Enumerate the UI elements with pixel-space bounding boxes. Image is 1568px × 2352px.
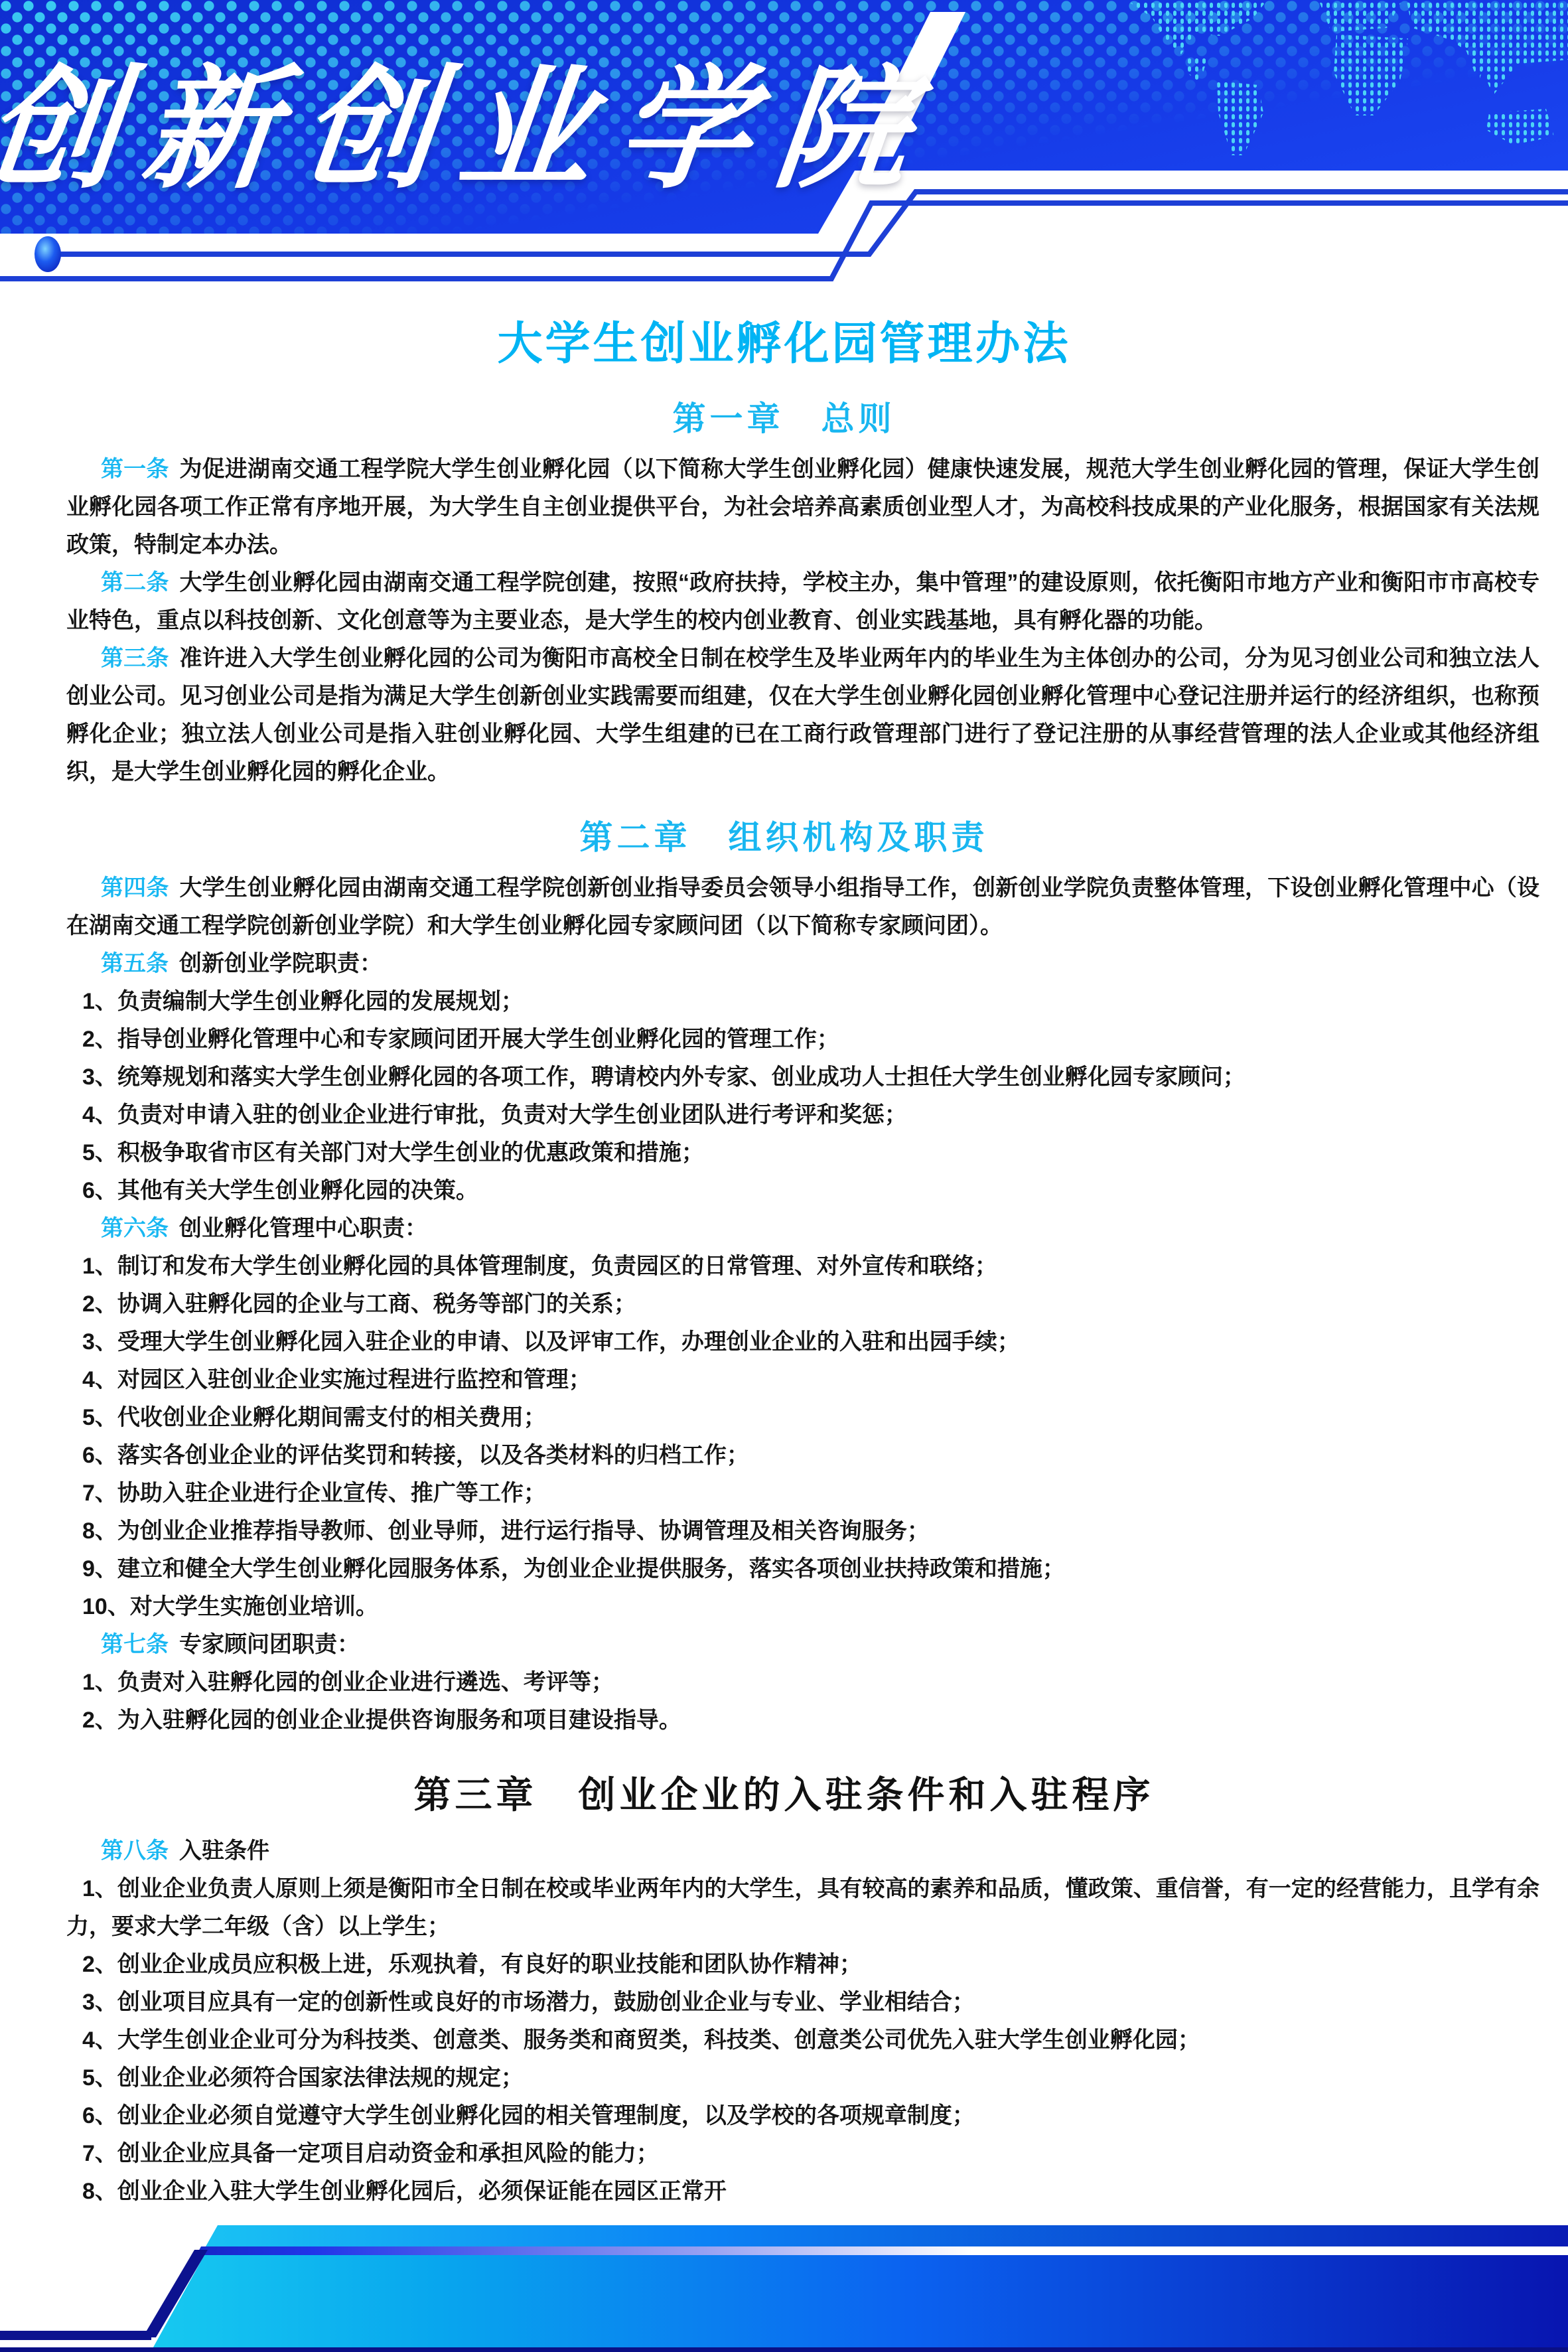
chapter1-content: 第一条为促进湖南交通工程学院大学生创业孵化园（以下简称大学生创业孵化园）健康快速… xyxy=(0,451,1568,791)
article-6-text: 创业孵化管理中心职责： xyxy=(179,1216,427,1241)
chapter2-heading: 第二章 组织机构及职责 xyxy=(0,811,1568,859)
chapter2-content: 第四条大学生创业孵化园由湖南交通工程学院创新创业指导委员会领导小组指导工作，创新… xyxy=(0,869,1568,1739)
list-item: 4、负责对申请入驻的创业企业进行审批，负责对大学生创业团队进行考评和奖惩； xyxy=(66,1096,1539,1134)
list-item: 6、其他有关大学生创业孵化园的决策。 xyxy=(66,1172,1539,1210)
list-item: 8、为创业企业推荐指导教师、创业导师，进行运行指导、协调管理及相关咨询服务； xyxy=(66,1512,1539,1550)
list-item: 1、负责对入驻孵化园的创业企业进行遴选、考评等； xyxy=(66,1664,1539,1702)
article-5-text: 创新创业学院职责： xyxy=(179,951,382,976)
list-item: 6、落实各创业企业的评估奖罚和转接，以及各类材料的归档工作； xyxy=(66,1437,1539,1475)
poster-page: 创新创业学院 大学生创业孵化园管理办法 第一章 总则 第一条为促进湖南交通工程学… xyxy=(0,0,1568,2352)
list-item: 2、创业企业成员应积极上进，乐观执着，有良好的职业技能和团队协作精神； xyxy=(66,1946,1539,1984)
article-1-label: 第一条 xyxy=(101,457,169,482)
article-3-label: 第三条 xyxy=(101,646,169,671)
doc-title: 大学生创业孵化园管理办法 xyxy=(0,308,1568,372)
article-8-text: 入驻条件 xyxy=(179,1838,269,1864)
list-item: 2、协调入驻孵化园的企业与工商、税务等部门的关系； xyxy=(66,1286,1539,1323)
list-item: 2、指导创业孵化管理中心和专家顾问团开展大学生创业孵化园的管理工作； xyxy=(66,1021,1539,1059)
list-item: 3、受理大学生创业孵化园入驻企业的申请、以及评审工作，办理创业企业的入驻和出园手… xyxy=(66,1323,1539,1361)
article-8: 第八条入驻条件 xyxy=(66,1832,1539,1870)
list-item: 9、建立和健全大学生创业孵化园服务体系，为创业企业提供服务，落实各项创业扶持政策… xyxy=(66,1550,1539,1588)
divider-bullet xyxy=(35,236,61,272)
article-1-text: 为促进湖南交通工程学院大学生创业孵化园（以下简称大学生创业孵化园）健康快速发展，… xyxy=(66,457,1539,557)
list-item: 3、统筹规划和落实大学生创业孵化园的各项工作，聘请校内外专家、创业成功人士担任大… xyxy=(66,1059,1539,1096)
article-5: 第五条创新创业学院职责： xyxy=(66,945,1539,983)
article-4-label: 第四条 xyxy=(101,875,169,901)
footer-band-top xyxy=(0,2225,1568,2246)
list-item: 7、协助入驻企业进行企业宣传、推广等工作； xyxy=(66,1475,1539,1512)
list-item: 3、创业项目应具有一定的创新性或良好的市场潜力，鼓励创业企业与专业、学业相结合； xyxy=(66,1984,1539,2021)
brand-title: 创新创业学院 xyxy=(69,19,853,218)
article-4: 第四条大学生创业孵化园由湖南交通工程学院创新创业指导委员会领导小组指导工作，创新… xyxy=(66,869,1539,945)
article-3-text: 准许进入大学生创业孵化园的公司为衡阳市高校全日制在校学生及毕业两年内的毕业生为主… xyxy=(66,646,1539,784)
article-7: 第七条专家顾问团职责： xyxy=(66,1626,1539,1664)
list-item: 5、代收创业企业孵化期间需支付的相关费用； xyxy=(66,1399,1539,1437)
chapter1-heading: 第一章 总则 xyxy=(0,392,1568,440)
list-item: 8、创业企业入驻大学生创业孵化园后，必须保证能在园区正常开 xyxy=(66,2173,1539,2211)
list-item: 7、创业企业应具备一定项目启动资金和承担风险的能力； xyxy=(66,2135,1539,2173)
article-7-text: 专家顾问团职责： xyxy=(179,1632,360,1657)
article-2: 第二条大学生创业孵化园由湖南交通工程学院创建，按照“政府扶持，学校主办，集中管理… xyxy=(66,564,1539,640)
list-item: 2、为入驻孵化园的创业企业提供咨询服务和项目建设指导。 xyxy=(66,1702,1539,1739)
list-item: 1、负责编制大学生创业孵化园的发展规划； xyxy=(66,983,1539,1021)
footer-gradient-stripe xyxy=(0,2246,1568,2255)
document-body: 大学生创业孵化园管理办法 第一章 总则 第一条为促进湖南交通工程学院大学生创业孵… xyxy=(0,285,1568,2211)
list-item: 4、大学生创业企业可分为科技类、创意类、服务类和商贸类，科技类、创意类公司优先入… xyxy=(66,2021,1539,2059)
list-item: 5、积极争取省市区有关部门对大学生创业的优惠政策和措施； xyxy=(66,1134,1539,1172)
footer-left-bar xyxy=(0,2331,151,2340)
footer-bottom-strip xyxy=(0,2347,1568,2352)
article-1: 第一条为促进湖南交通工程学院大学生创业孵化园（以下简称大学生创业孵化园）健康快速… xyxy=(66,451,1539,564)
article-7-label: 第七条 xyxy=(101,1632,169,1657)
article-6-label: 第六条 xyxy=(101,1216,169,1241)
list-item: 4、对园区入驻创业企业实施过程进行监控和管理； xyxy=(66,1361,1539,1399)
header-banner: 创新创业学院 xyxy=(0,0,1568,299)
list-item: 6、创业企业必须自觉遵守大学生创业孵化园的相关管理制度，以及学校的各项规章制度； xyxy=(66,2097,1539,2135)
list-item: 5、创业企业必须符合国家法律法规的规定； xyxy=(66,2059,1539,2097)
list-item: 1、制订和发布大学生创业孵化园的具体管理制度，负责园区的日常管理、对外宣传和联络… xyxy=(66,1248,1539,1286)
article-8-label: 第八条 xyxy=(101,1838,169,1864)
article-6: 第六条创业孵化管理中心职责： xyxy=(66,1210,1539,1248)
chapter3-content: 第八条入驻条件 1、创业企业负责人原则上须是衡阳市全日制在校或毕业两年内的大学生… xyxy=(0,1832,1568,2211)
footer-band-main xyxy=(0,2255,1568,2352)
article-2-label: 第二条 xyxy=(101,570,169,595)
article-5-label: 第五条 xyxy=(101,951,169,976)
article-3: 第三条准许进入大学生创业孵化园的公司为衡阳市高校全日制在校学生及毕业两年内的毕业… xyxy=(66,640,1539,791)
chapter3-heading: 第三章 创业企业的入驻条件和入驻程序 xyxy=(0,1766,1568,1819)
article-2-text: 大学生创业孵化园由湖南交通工程学院创建，按照“政府扶持，学校主办，集中管理”的建… xyxy=(66,570,1539,633)
list-item: 1、创业企业负责人原则上须是衡阳市全日制在校或毕业两年内的大学生，具有较高的素养… xyxy=(66,1870,1539,1946)
list-item: 10、对大学生实施创业培训。 xyxy=(66,1588,1539,1626)
article-4-text: 大学生创业孵化园由湖南交通工程学院创新创业指导委员会领导小组指导工作，创新创业学… xyxy=(66,875,1539,938)
